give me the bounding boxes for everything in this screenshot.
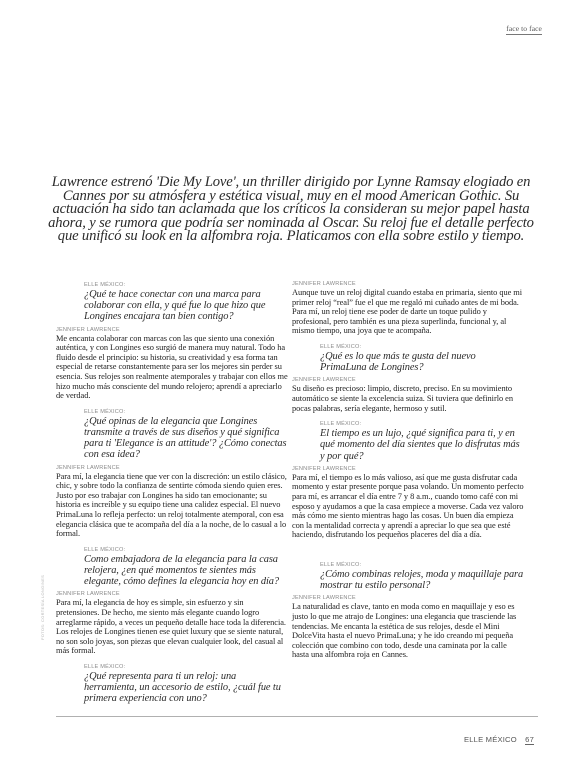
interviewee-label: JENNIFER LAWRENCE [56,326,288,334]
qa-block: ELLE MÉXICO: El tiempo es un lujo, ¿qué … [292,421,524,540]
question-text: ¿Qué representa para ti un reloj: una he… [84,671,288,705]
question-text: El tiempo es un lujo, ¿qué significa par… [320,428,524,462]
interviewer-label: ELLE MÉXICO: [320,344,524,351]
answer-text: Para mí, la elegancia de hoy es simple, … [56,598,288,656]
question-text: ¿Qué es lo que más te gusta del nuevo Pr… [320,351,524,373]
interviewer-label: ELLE MÉXICO: [84,282,288,289]
question: ELLE MÉXICO: El tiempo es un lujo, ¿qué … [292,421,524,462]
interviewee-label: JENNIFER LAWRENCE [292,465,524,473]
intro-paragraph: Lawrence estrenó 'Die My Love', un thril… [44,176,538,244]
answer-text: Me encanta colaborar con marcas con las … [56,334,288,401]
section-tag: face to face [506,24,542,35]
interviewer-label: ELLE MÉXICO: [84,664,288,671]
qa-block: ELLE MÉXICO: ¿Qué es lo que más te gusta… [292,344,524,413]
interviewer-label: ELLE MÉXICO: [320,562,524,569]
interviewee-label: JENNIFER LAWRENCE [292,594,524,602]
page-footer: ELLE MÉXICO 67 [464,735,534,744]
interviewer-label: ELLE MÉXICO: [84,409,288,416]
answer-text: Su diseño es precioso: limpio, discreto,… [292,384,524,413]
question-text: ¿Qué opinas de la elegancia que Longines… [84,416,288,461]
question: ELLE MÉXICO: ¿Qué representa para ti un … [56,664,288,705]
question: ELLE MÉXICO: ¿Cómo combinas relojes, mod… [292,562,524,591]
photo-credit: FOTOS: CORTESÍA LONGINES [40,580,45,640]
qa-block: ELLE MÉXICO: ¿Qué te hace conectar con u… [56,282,288,401]
question: ELLE MÉXICO: Como embajadora de la elega… [56,547,288,588]
question-text: ¿Qué te hace conectar con una marca para… [84,289,288,323]
qa-block: ELLE MÉXICO: ¿Qué opinas de la elegancia… [56,409,288,539]
right-column: JENNIFER LAWRENCE Aunque tuve un reloj d… [292,280,524,668]
question-text: Como embajadora de la elegancia para la … [84,554,288,588]
interviewee-label: JENNIFER LAWRENCE [56,464,288,472]
qa-block: ELLE MÉXICO: Como embajadora de la elega… [56,547,288,656]
interviewee-label: JENNIFER LAWRENCE [56,590,288,598]
answer-text: Aunque tuve un reloj digital cuando esta… [292,288,524,336]
question: ELLE MÉXICO: ¿Qué te hace conectar con u… [56,282,288,323]
qa-block: JENNIFER LAWRENCE Aunque tuve un reloj d… [292,280,524,336]
qa-block: ELLE MÉXICO: ¿Qué representa para ti un … [56,664,288,705]
answer-text: Para mí, la elegancia tiene que ver con … [56,472,288,539]
answer-text: Para mí, el tiempo es lo más valioso, as… [292,473,524,540]
spacer [292,548,524,562]
qa-block: ELLE MÉXICO: ¿Cómo combinas relojes, mod… [292,562,524,660]
answer-text: La naturalidad es clave, tanto en moda c… [292,602,524,660]
interviewer-label: ELLE MÉXICO: [84,547,288,554]
interviewer-label: ELLE MÉXICO: [320,421,524,428]
question: ELLE MÉXICO: ¿Qué opinas de la elegancia… [56,409,288,461]
page-number: 67 [525,735,534,745]
interviewee-label: JENNIFER LAWRENCE [292,280,524,288]
publication-name: ELLE MÉXICO [464,735,517,744]
question-text: ¿Cómo combinas relojes, moda y maquillaj… [320,569,524,591]
footer-divider [56,716,538,717]
question: ELLE MÉXICO: ¿Qué es lo que más te gusta… [292,344,524,373]
interviewee-label: JENNIFER LAWRENCE [292,376,524,384]
left-column: ELLE MÉXICO: ¿Qué te hace conectar con u… [56,282,288,709]
